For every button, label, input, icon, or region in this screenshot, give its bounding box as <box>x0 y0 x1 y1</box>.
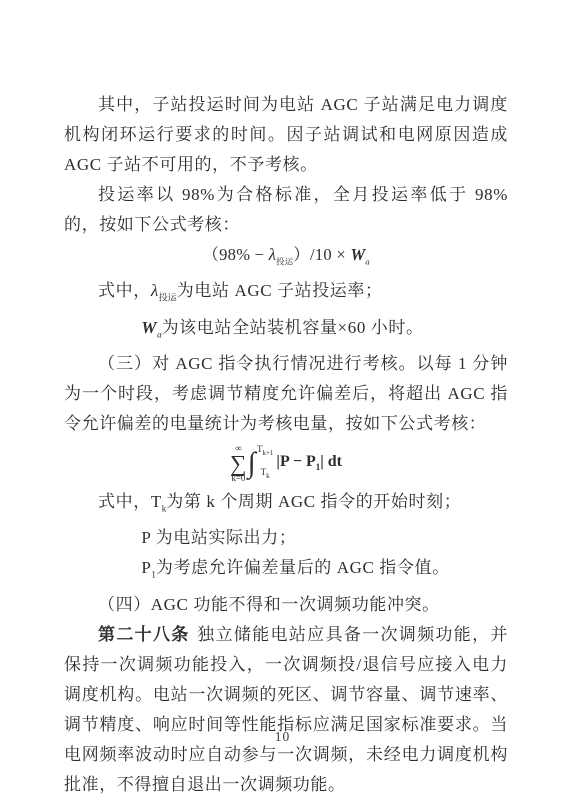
lead-text: 式中， <box>98 281 151 300</box>
lambda-subscript: 投运 <box>159 293 177 303</box>
lambda-symbol: λ <box>151 281 159 300</box>
t-symbol: T <box>151 492 162 511</box>
lambda-subscript: 投运 <box>276 256 293 266</box>
summation-lower-limit: k=0 <box>231 474 245 483</box>
definition-text: 为考虑允许偏差量后的 AGC 指令值。 <box>156 558 450 577</box>
page-number: 10 <box>0 729 565 745</box>
power-difference: P − P <box>280 453 316 470</box>
paragraph-p1-definition: P1为考虑允许偏差量后的 AGC 指令值。 <box>64 553 508 589</box>
w-subscript: a <box>365 256 369 266</box>
formula-agc-energy-assessment: ∞ ∑ k=0 ∫ Tk+1 Tk |P − P1| dt <box>64 439 508 487</box>
document-page: 其中，子站投运时间为电站 AGC 子站满足电力调度机构闭环运行要求的时间。因子站… <box>0 0 565 800</box>
w-symbol: W <box>141 318 157 337</box>
paragraph-availability-standard: 投运率以 98%为合格标准，全月投运率低于 98%的，按如下公式考核： <box>64 180 508 240</box>
formula1-mid: ）/10 × <box>293 245 350 264</box>
paragraph-p-definition: P 为电站实际出力； <box>64 523 508 553</box>
article-28-heading: 第二十八条 <box>98 625 190 644</box>
integral-glyph: ∫ <box>248 448 256 478</box>
lower-limit-subscript: k <box>266 472 270 480</box>
integral-lower-limit: Tk <box>257 468 273 481</box>
integrand-expression: |P − P1| dt <box>276 453 342 472</box>
paragraph-tk-definition: 式中，Tk为第 k 个周期 AGC 指令的开始时刻； <box>64 487 508 523</box>
paragraph-item-three-agc-assessment: （三）对 AGC 指令执行情况进行考核。以每 1 分钟为一个时段，考虑调节精度允… <box>64 349 508 439</box>
formula-availability-assessment: （98% − λ投运）/10 × Wa <box>64 240 508 276</box>
definition-text: 为第 k 个周期 AGC 指令的开始时刻； <box>166 492 461 511</box>
p-symbol: P <box>141 558 151 577</box>
definition-text: 为电站 AGC 子站投运率； <box>177 281 383 300</box>
paragraph-substation-availability: 其中，子站投运时间为电站 AGC 子站满足电力调度机构闭环运行要求的时间。因子站… <box>64 90 508 180</box>
paragraph-item-four-agc-conflict: （四）AGC 功能不得和一次调频功能冲突。 <box>64 590 508 620</box>
integral-upper-limit: Tk+1 <box>257 445 273 458</box>
upper-limit-subscript: k+1 <box>262 449 273 457</box>
differential-dt: dt <box>324 453 342 470</box>
article-28-text: 独立储能电站应具备一次调频功能，并保持一次调频功能投入，一次调频投/退信号应接入… <box>64 625 508 794</box>
integral-symbol: ∫ Tk+1 Tk <box>248 445 277 481</box>
definition-text: 为该电站全站装机容量×60 小时。 <box>162 318 424 337</box>
lead-text: 式中， <box>98 492 151 511</box>
summation-symbol: ∞ ∑ k=0 <box>230 444 247 483</box>
formula1-open: （98% − <box>202 245 268 264</box>
sigma-glyph: ∑ <box>230 453 247 474</box>
paragraph-article-28: 第二十八条独立储能电站应具备一次调频功能，并保持一次调频功能投入，一次调频投/退… <box>64 620 508 800</box>
paragraph-w-definition: Wa为该电站全站装机容量×60 小时。 <box>64 313 508 349</box>
integral-limits: Tk+1 Tk <box>257 445 273 481</box>
paragraph-lambda-definition: 式中，λ投运为电站 AGC 子站投运率； <box>64 276 508 312</box>
w-symbol: W <box>350 245 365 264</box>
document-body: 其中，子站投运时间为电站 AGC 子站满足电力调度机构闭环运行要求的时间。因子站… <box>64 90 508 800</box>
